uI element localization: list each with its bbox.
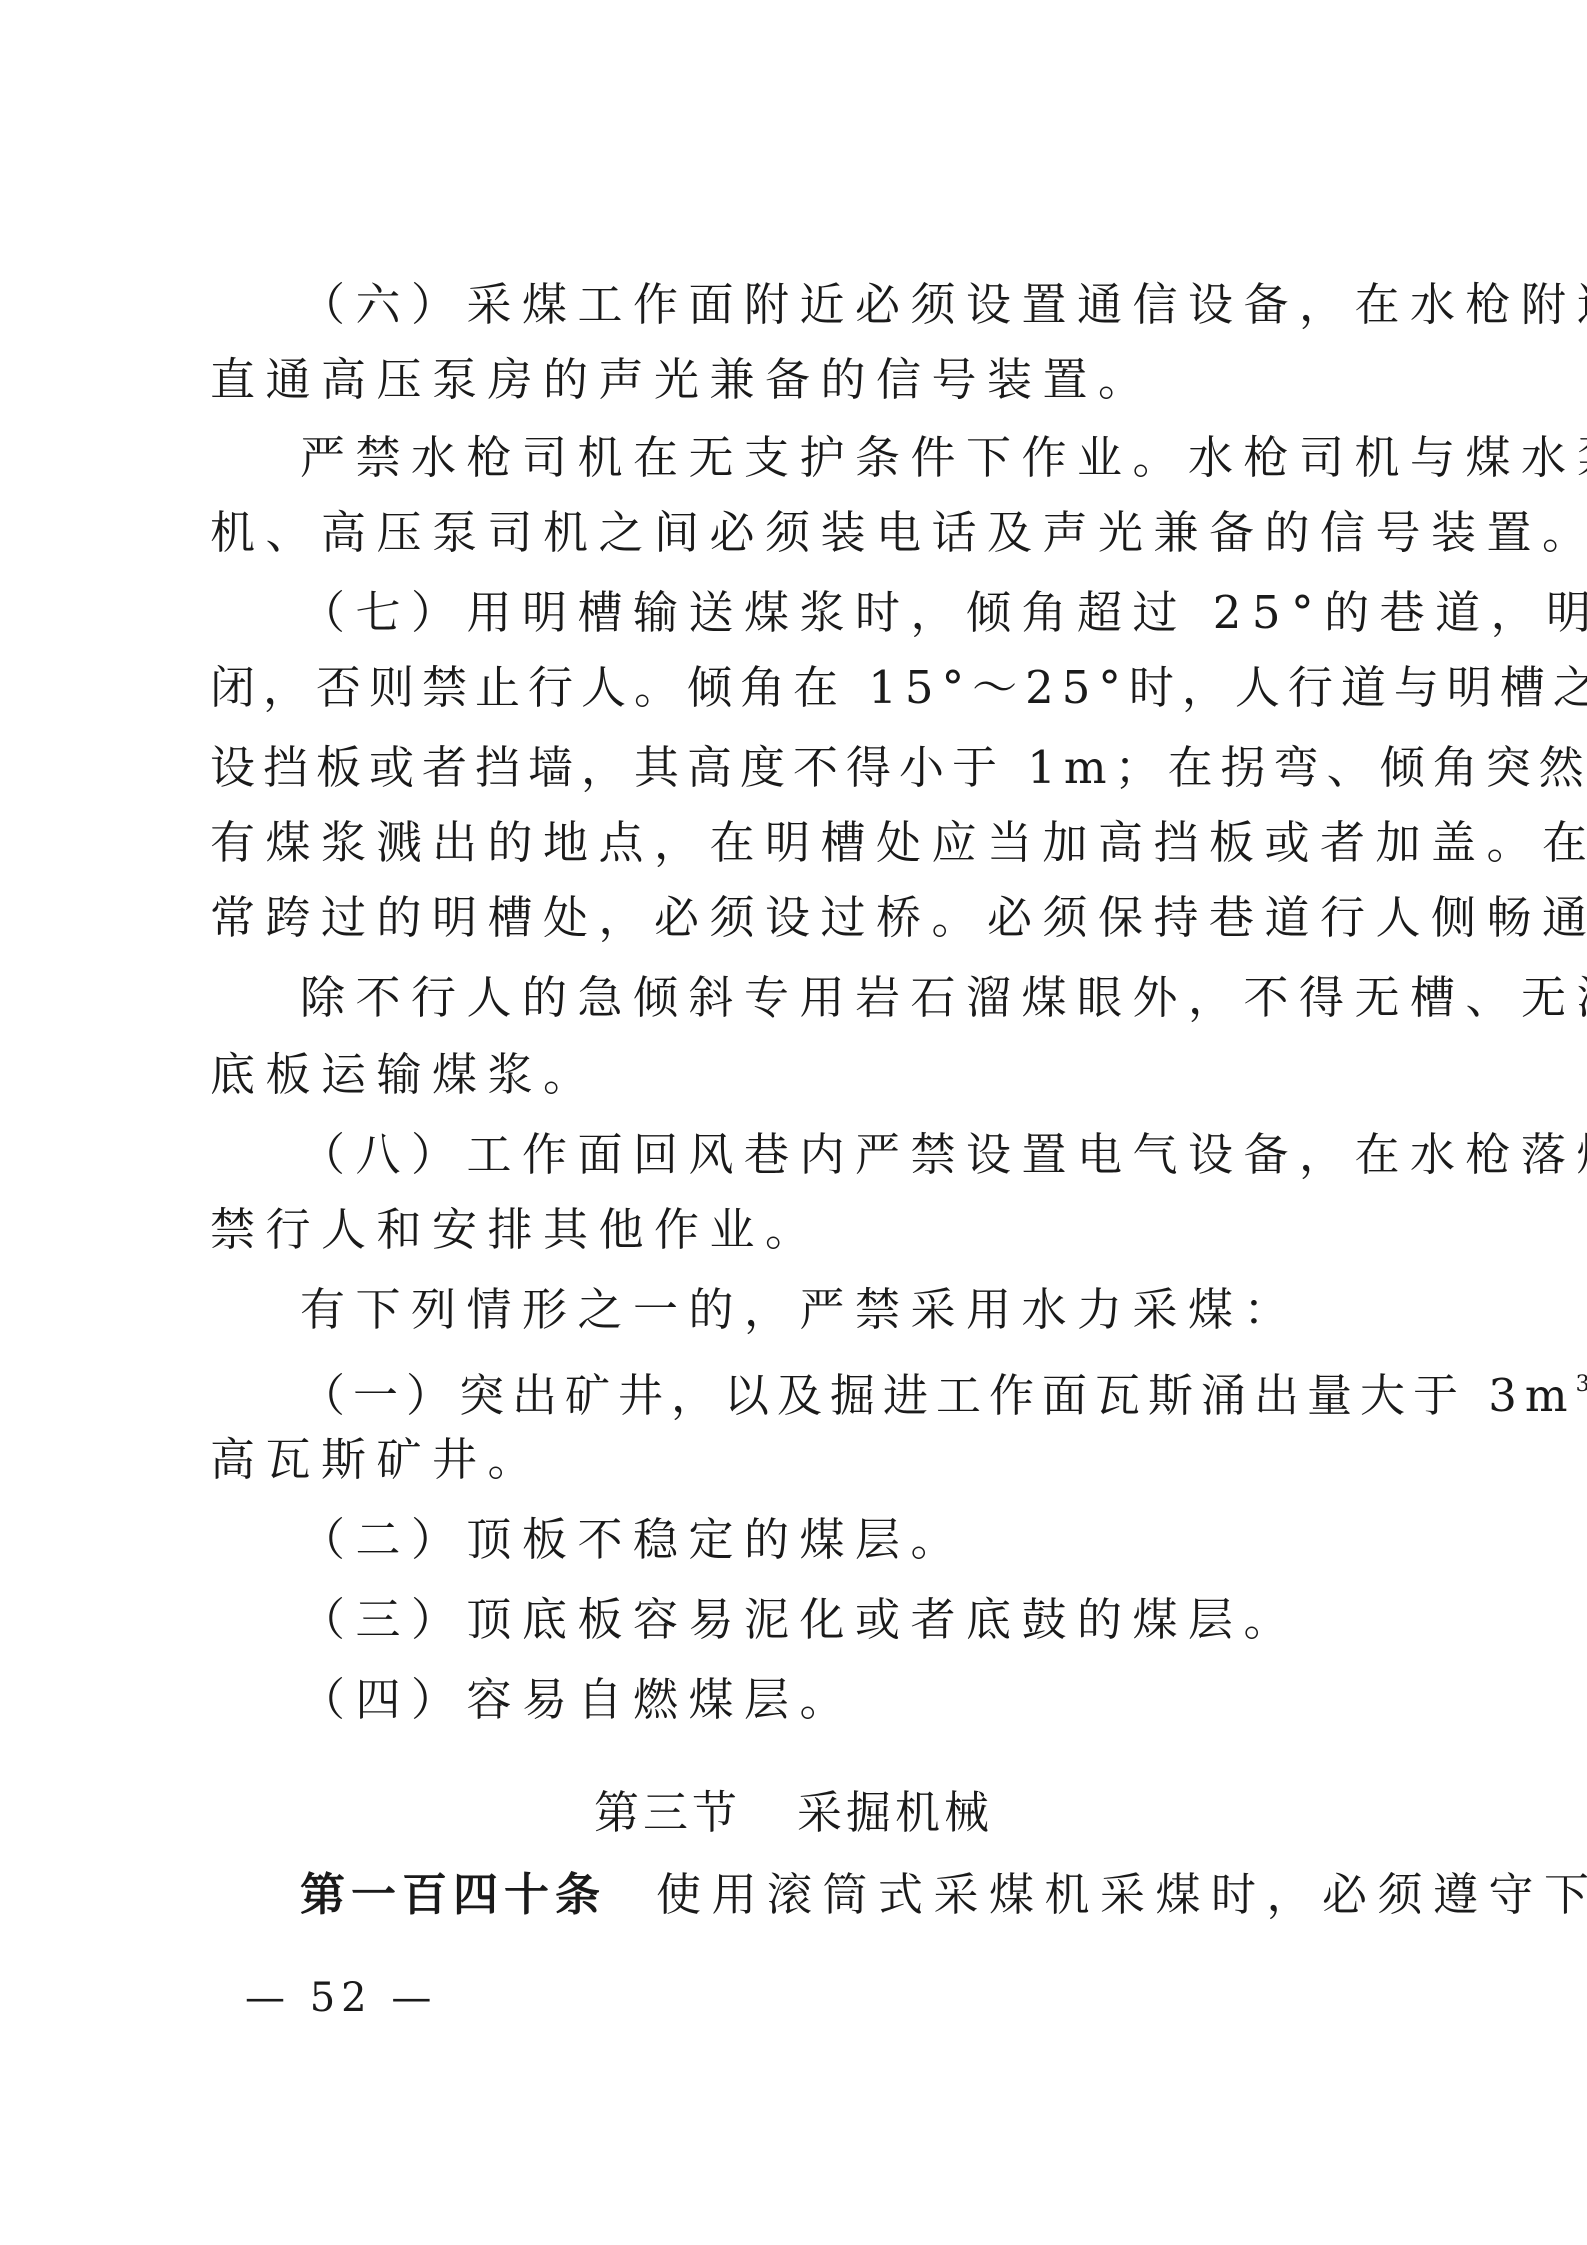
section-title: 采掘机械 [797,1786,993,1839]
paragraph-line: 有煤浆溅出的地点，在明槽处应当加高挡板或者加盖。在行人经 [210,815,1390,871]
paragraph-line: （一）突出矿井，以及掘进工作面瓦斯涌出量大于 3m3/min 的 [300,1357,1390,1424]
paragraph-line: 底板运输煤浆。 [210,1047,1390,1103]
paragraph-line: 高瓦斯矿井。 [210,1432,1390,1488]
paragraph-line: 设挡板或者挡墙，其高度不得小于 1m；在拐弯、倾角突然变大及 [210,740,1390,796]
paragraph-line: 直通高压泵房的声光兼备的信号装置。 [210,352,1390,408]
paragraph-line: 严禁水枪司机在无支护条件下作业。水枪司机与煤水泵司 [300,430,1390,486]
page-number: — 52 — [245,1972,437,2024]
paragraph-line: 除不行人的急倾斜专用岩石溜煤眼外，不得无槽、无沟沿巷道 [300,970,1390,1026]
article-line: 第一百四十条使用滚筒式采煤机采煤时，必须遵守下列 [300,1867,1390,1923]
section-number: 第三节 [594,1786,741,1839]
paragraph-line: 闭，否则禁止行人。倾角在 15°～25°时，人行道与明槽之间必须加 [210,660,1390,716]
paragraph-line: （八）工作面回风巷内严禁设置电气设备，在水枪落煤期间严 [300,1127,1390,1183]
paragraph-line: 机、高压泵司机之间必须装电话及声光兼备的信号装置。 [210,505,1390,561]
document-page: （六）采煤工作面附近必须设置通信设备，在水枪附近必须有 直通高压泵房的声光兼备的… [0,0,1587,2245]
line-text: （一）突出矿井，以及掘进工作面瓦斯涌出量大于 3m [300,1369,1576,1422]
superscript: 3 [1576,1372,1587,1397]
section-heading: 第三节采掘机械 [0,1785,1587,1841]
paragraph-line: （四）容易自燃煤层。 [300,1672,1390,1728]
paragraph-line: （七）用明槽输送煤浆时，倾角超过 25°的巷道，明槽必须封 [300,585,1390,641]
paragraph-line: 有下列情形之一的，严禁采用水力采煤： [300,1282,1390,1338]
article-text: 使用滚筒式采煤机采煤时，必须遵守下列 [656,1868,1587,1921]
paragraph-line: 常跨过的明槽处，必须设过桥。必须保持巷道行人侧畅通。 [210,890,1390,946]
article-number: 第一百四十条 [300,1868,606,1921]
paragraph-line: 禁行人和安排其他作业。 [210,1202,1390,1258]
paragraph-line: （二）顶板不稳定的煤层。 [300,1512,1390,1568]
paragraph-line: （六）采煤工作面附近必须设置通信设备，在水枪附近必须有 [300,277,1390,333]
paragraph-line: （三）顶底板容易泥化或者底鼓的煤层。 [300,1592,1390,1648]
